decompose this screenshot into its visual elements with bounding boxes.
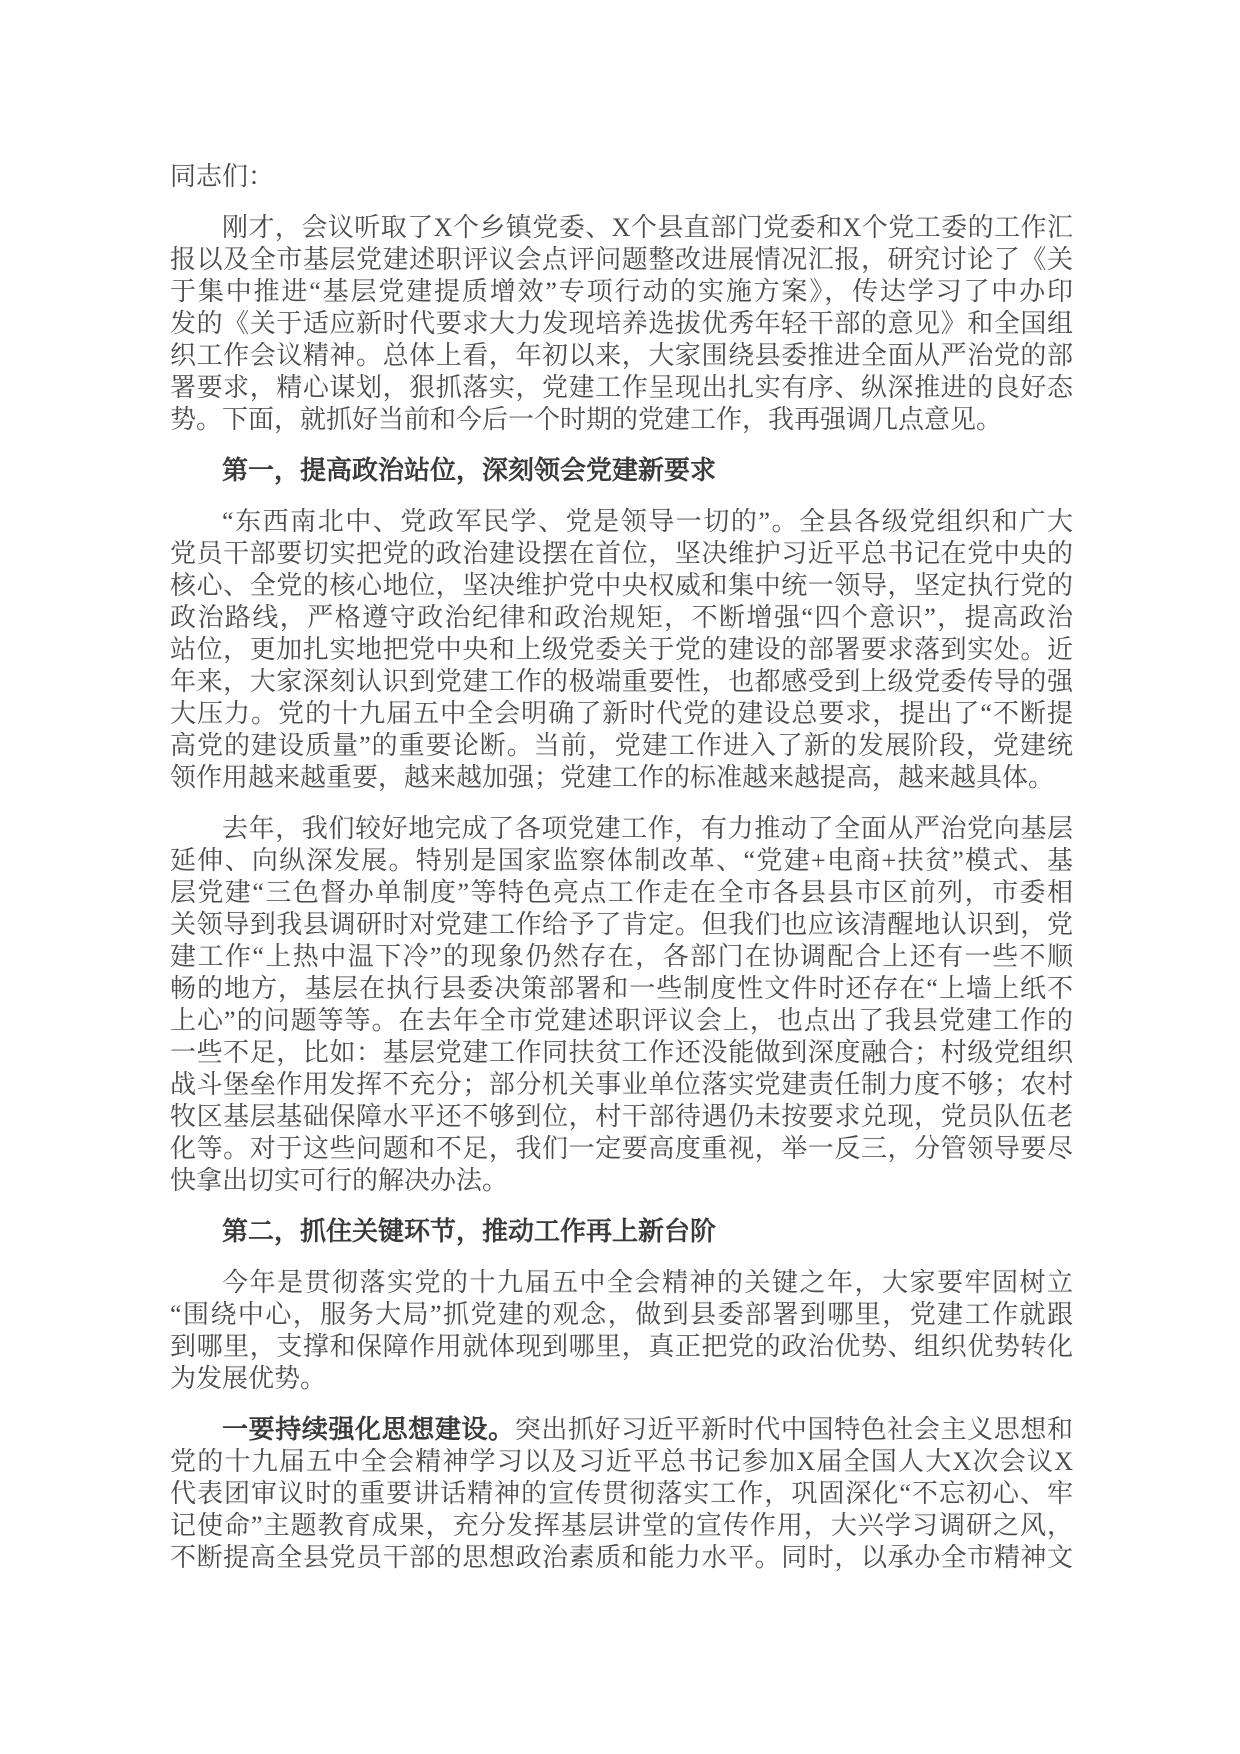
section-heading-2: 第二，抓住关键环节，推动工作再上新台阶 (170, 1216, 1073, 1248)
text-line: 报以及全市基层党建述职评议会点评问题整改进展情况汇报，研究讨论了《关 (170, 244, 1073, 276)
text-line: 织工作会议精神。总体上看，年初以来，大家围绕县委推进全面从严治党的部 (170, 340, 1073, 372)
text-line: 同志们： (170, 161, 1073, 193)
text-line: 站位，更加扎实地把党中央和上级党委关于党的建设的部署要求落到实处。近 (170, 634, 1073, 666)
document-page: 同志们： 刚才，会议听取了X个乡镇党委、X个县直部门党委和X个党工委的工作汇 报… (0, 0, 1240, 1754)
text-line: 年来，大家深刻认识到党建工作的极端重要性，也都感受到上级党委传导的强 (170, 666, 1073, 698)
text-line: 延伸、向纵深发展。特别是国家监察体制改革、“党建+电商+扶贫”模式、基 (170, 845, 1073, 877)
text-line: 层党建“三色督办单制度”等特色亮点工作走在全市各县县市区前列，市委相 (170, 877, 1073, 909)
text-line: 关领导到我县调研时对党建工作给予了肯定。但我们也应该清醒地认识到，党 (170, 909, 1073, 941)
text-line: 政治路线，严格遵守政治纪律和政治规矩，不断增强“四个意识”，提高政治 (170, 602, 1073, 634)
text-line: 一些不足，比如：基层党建工作同扶贫工作还没能做到深度融合；村级党组织 (170, 1037, 1073, 1069)
text-line: 领作用越来越重要，越来越加强；党建工作的标准越来越提高，越来越具体。 (170, 762, 1073, 794)
text-line: 记使命”主题教育成果，充分发挥基层讲堂的宣传作用，大兴学习调研之风， (170, 1510, 1073, 1542)
text-line: 核心、全党的核心地位，坚决维护党中央权威和集中统一领导，坚定执行党的 (170, 570, 1073, 602)
text-line: 代表团审议时的重要讲话精神的宣传贯彻落实工作，巩固深化“不忘初心、牢 (170, 1478, 1073, 1510)
text-line: 建工作“上热中温下冷”的现象仍然存在，各部门在协调配合上还有一些不顺 (170, 941, 1073, 973)
text-line: 上心”的问题等等。在去年全市党建述职评议会上，也点出了我县党建工作的 (170, 1005, 1073, 1037)
text-line: 牧区基层基础保障水平还不够到位，村干部待遇仍未按要求兑现，党员队伍老 (170, 1101, 1073, 1133)
text-line: 为发展优势。 (170, 1363, 1073, 1395)
paragraph-key-year: 今年是贯彻落实党的十九届五中全会精神的关键之年，大家要牢固树立 “围绕中心，服务… (170, 1267, 1073, 1395)
text-line: 大压力。党的十九届五中全会明确了新时代党的建设总要求，提出了“不断提 (170, 698, 1073, 730)
text-line: 今年是贯彻落实党的十九届五中全会精神的关键之年，大家要牢固树立 (170, 1267, 1073, 1299)
text-line: 发的《关于适应新时代要求大力发现培养选拔优秀年轻干部的意见》和全国组 (170, 308, 1073, 340)
text-line: 化等。对于这些问题和不足，我们一定要高度重视，举一反三，分管领导要尽 (170, 1133, 1073, 1165)
paragraph-last-year-review: 去年，我们较好地完成了各项党建工作，有力推动了全面从严治党向基层 延伸、向纵深发… (170, 813, 1073, 1197)
text-line: 到哪里，支撑和保障作用就体现到哪里，真正把党的政治优势、组织优势转化 (170, 1331, 1073, 1363)
text-line: 一要持续强化思想建设。突出抓好习近平新时代中国特色社会主义思想和 (170, 1414, 1073, 1446)
text-line: 署要求，精心谋划，狠抓落实，党建工作呈现出扎实有序、纵深推进的良好态 (170, 372, 1073, 404)
text-line: 于集中推进“基层党建提质增效”专项行动的实施方案》，传达学习了中办印 (170, 276, 1073, 308)
paragraph-ideology-building: 一要持续强化思想建设。突出抓好习近平新时代中国特色社会主义思想和 党的十九届五中… (170, 1414, 1073, 1574)
text-line: 去年，我们较好地完成了各项党建工作，有力推动了全面从严治党向基层 (170, 813, 1073, 845)
text-line: 畅的地方，基层在执行县委决策部署和一些制度性文件时还存在“上墙上纸不 (170, 973, 1073, 1005)
text-line: 战斗堡垒作用发挥不充分；部分机关事业单位落实党建责任制力度不够；农村 (170, 1069, 1073, 1101)
text-run: 突出抓好习近平新时代中国特色社会主义思想和 (515, 1415, 1073, 1444)
text-line: 快拿出切实可行的解决办法。 (170, 1165, 1073, 1197)
section-heading-1: 第一，提高政治站位，深刻领会党建新要求 (170, 455, 1073, 487)
text-line: 不断提高全县党员干部的思想政治素质和能力水平。同时，以承办全市精神文 (170, 1542, 1073, 1574)
bold-lead: 一要持续强化思想建设。 (222, 1415, 515, 1444)
text-line: “东西南北中、党政军民学、党是领导一切的”。全县各级党组织和广大 (170, 506, 1073, 538)
text-line: 刚才，会议听取了X个乡镇党委、X个县直部门党委和X个党工委的工作汇 (170, 212, 1073, 244)
text-line: 党的十九届五中全会精神学习以及习近平总书记参加X届全国人大X次会议X (170, 1446, 1073, 1478)
text-line: “围绕中心，服务大局”抓党建的观念，做到县委部署到哪里，党建工作就跟 (170, 1299, 1073, 1331)
text-line: 党员干部要切实把党的政治建设摆在首位，坚决维护习近平总书记在党中央的 (170, 538, 1073, 570)
text-line: 势。下面，就抓好当前和今后一个时期的党建工作，我再强调几点意见。 (170, 404, 1073, 436)
paragraph-political-stance: “东西南北中、党政军民学、党是领导一切的”。全县各级党组织和广大 党员干部要切实… (170, 506, 1073, 794)
paragraph-opening: 刚才，会议听取了X个乡镇党委、X个县直部门党委和X个党工委的工作汇 报以及全市基… (170, 212, 1073, 436)
salutation: 同志们： (170, 161, 1073, 193)
text-line: 高党的建设质量”的重要论断。当前，党建工作进入了新的发展阶段，党建统 (170, 730, 1073, 762)
